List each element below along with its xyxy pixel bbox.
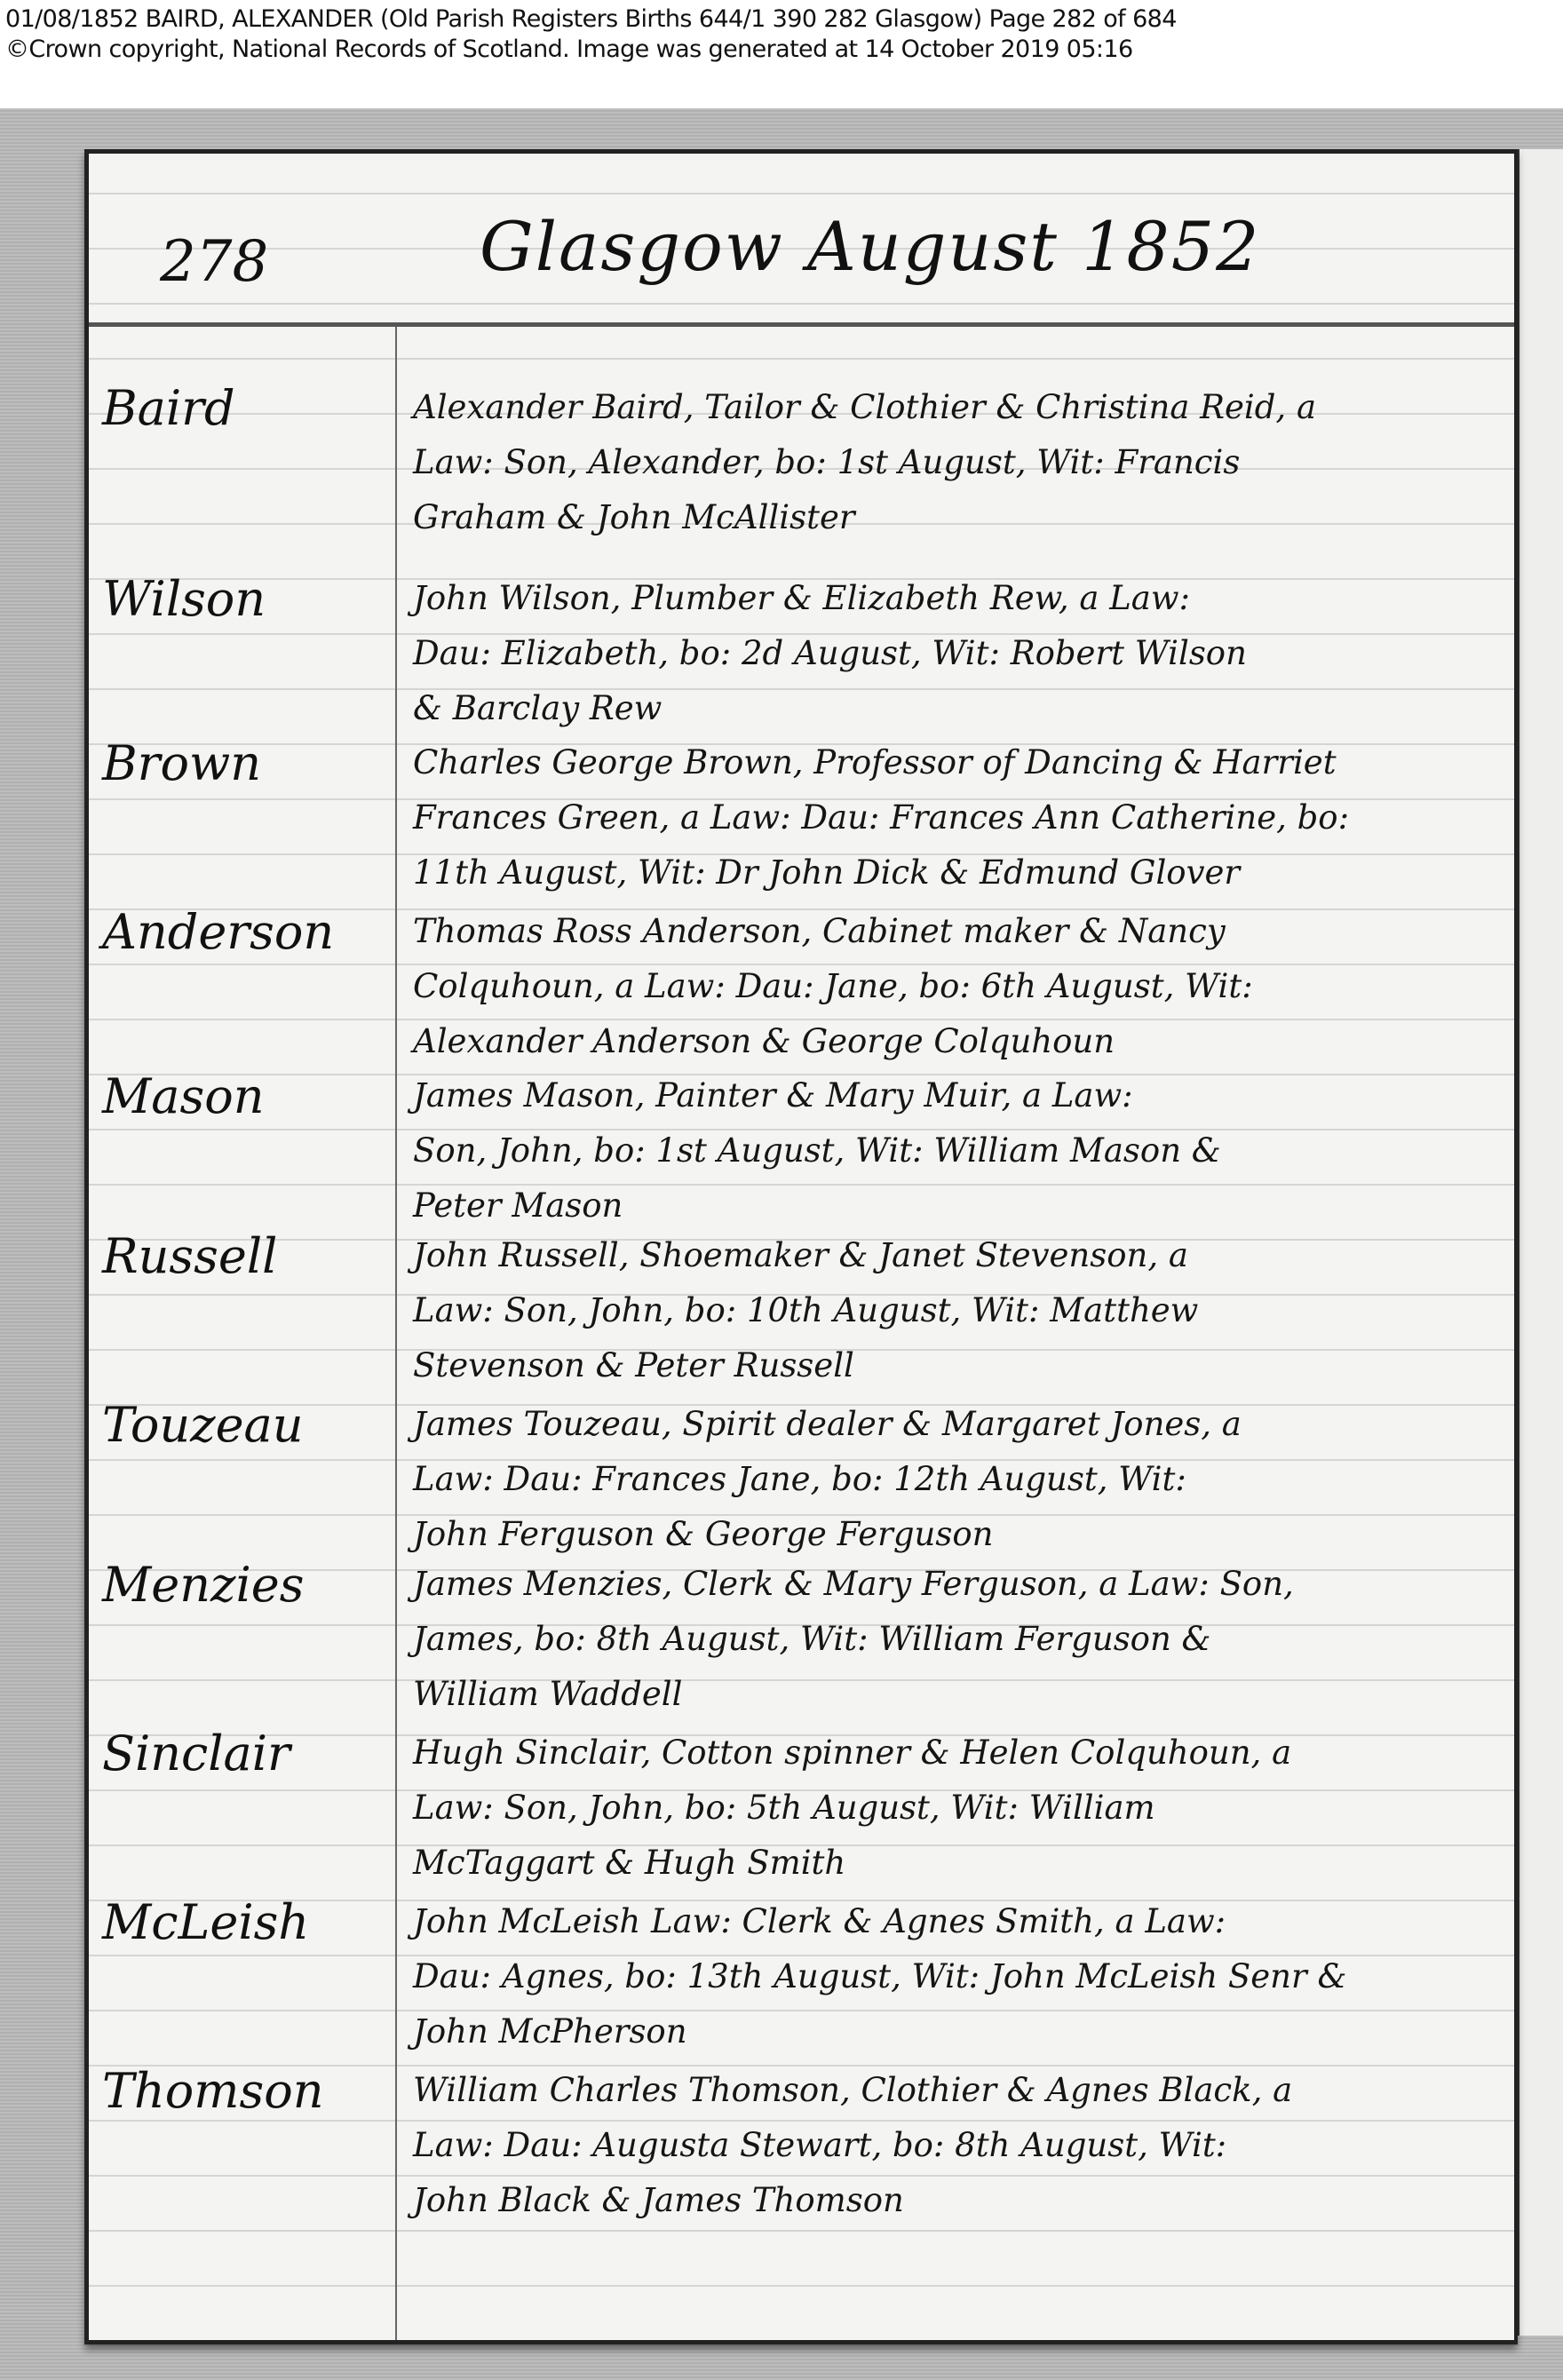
- entry-text: Alexander Baird, Tailor & Clothier & Chr…: [413, 380, 1496, 545]
- entry-text: James Menzies, Clerk & Mary Ferguson, a …: [413, 1557, 1496, 1722]
- entry-line: McTaggart & Hugh Smith: [413, 1836, 1496, 1891]
- entry-line: John Wilson, Plumber & Elizabeth Rew, a …: [413, 571, 1496, 626]
- page-title: Glasgow August 1852: [480, 207, 1261, 286]
- entry-line: Law: Son, John, bo: 5th August, Wit: Wil…: [413, 1781, 1496, 1836]
- entry-text: Thomas Ross Anderson, Cabinet maker & Na…: [413, 904, 1496, 1069]
- entry-line: Law: Dau: Augusta Stewart, bo: 8th Augus…: [413, 2118, 1496, 2173]
- record-caption: 01/08/1852 BAIRD, ALEXANDER (Old Parish …: [5, 5, 1177, 33]
- entry-surname: Menzies: [102, 1557, 386, 1613]
- entry-text: James Touzeau, Spirit dealer & Margaret …: [413, 1397, 1496, 1562]
- entry-text: John Wilson, Plumber & Elizabeth Rew, a …: [413, 571, 1496, 736]
- entry-text: Hugh Sinclair, Cotton spinner & Helen Co…: [413, 1725, 1496, 1891]
- entry-line: James Menzies, Clerk & Mary Ferguson, a …: [413, 1557, 1496, 1612]
- entry-surname: Sinclair: [102, 1725, 386, 1781]
- entry-line: Colquhoun, a Law: Dau: Jane, bo: 6th Aug…: [413, 959, 1496, 1014]
- title-divider: [89, 322, 1514, 327]
- entry-line: James, bo: 8th August, Wit: William Ferg…: [413, 1612, 1496, 1667]
- entry-surname: Russell: [102, 1228, 386, 1284]
- entry-line: John McPherson: [413, 2004, 1496, 2059]
- entry-line: John McLeish Law: Clerk & Agnes Smith, a…: [413, 1894, 1496, 1949]
- entry-line: Dau: Agnes, bo: 13th August, Wit: John M…: [413, 1949, 1496, 2004]
- entry-line: William Charles Thomson, Clothier & Agne…: [413, 2063, 1496, 2118]
- entry-surname: Anderson: [102, 904, 386, 960]
- entry-surname: Thomson: [102, 2063, 386, 2119]
- entry-text: William Charles Thomson, Clothier & Agne…: [413, 2063, 1496, 2228]
- entry-line: John Russell, Shoemaker & Janet Stevenso…: [413, 1228, 1496, 1283]
- entry-text: John Russell, Shoemaker & Janet Stevenso…: [413, 1228, 1496, 1393]
- entry-line: Law: Son, Alexander, bo: 1st August, Wit…: [413, 435, 1496, 490]
- entry-surname: McLeish: [102, 1894, 386, 1950]
- register-page: 278 Glasgow August 1852 BairdAlexander B…: [84, 149, 1518, 2344]
- entry-line: Stevenson & Peter Russell: [413, 1338, 1496, 1393]
- entry-text: Charles George Brown, Professor of Danci…: [413, 735, 1496, 900]
- entry-line: 11th August, Wit: Dr John Dick & Edmund …: [413, 845, 1496, 900]
- entry-line: James Mason, Painter & Mary Muir, a Law:: [413, 1068, 1496, 1123]
- entry-surname: Wilson: [102, 571, 386, 627]
- entry-line: Dau: Elizabeth, bo: 2d August, Wit: Robe…: [413, 626, 1496, 681]
- entry-line: Son, John, bo: 1st August, Wit: William …: [413, 1123, 1496, 1178]
- entry-text: James Mason, Painter & Mary Muir, a Law:…: [413, 1068, 1496, 1234]
- column-divider: [395, 327, 397, 2340]
- page-number: 278: [160, 229, 268, 295]
- entry-surname: Brown: [102, 735, 386, 791]
- adjacent-page-edge: [1517, 149, 1563, 2336]
- entry-line: Charles George Brown, Professor of Danci…: [413, 735, 1496, 790]
- copyright-notice: ©Crown copyright, National Records of Sc…: [5, 36, 1133, 63]
- entry-line: James Touzeau, Spirit dealer & Margaret …: [413, 1397, 1496, 1452]
- entry-line: Frances Green, a Law: Dau: Frances Ann C…: [413, 790, 1496, 845]
- entry-line: Peter Mason: [413, 1178, 1496, 1234]
- entry-line: Alexander Baird, Tailor & Clothier & Chr…: [413, 380, 1496, 435]
- entry-line: Law: Son, John, bo: 10th August, Wit: Ma…: [413, 1283, 1496, 1338]
- entry-line: Alexander Anderson & George Colquhoun: [413, 1014, 1496, 1069]
- entry-line: William Waddell: [413, 1667, 1496, 1722]
- entry-line: John Black & James Thomson: [413, 2173, 1496, 2228]
- entry-line: Thomas Ross Anderson, Cabinet maker & Na…: [413, 904, 1496, 959]
- entry-line: & Barclay Rew: [413, 681, 1496, 736]
- entry-text: John McLeish Law: Clerk & Agnes Smith, a…: [413, 1894, 1496, 2059]
- entry-line: Hugh Sinclair, Cotton spinner & Helen Co…: [413, 1725, 1496, 1781]
- entry-line: Law: Dau: Frances Jane, bo: 12th August,…: [413, 1452, 1496, 1507]
- entry-surname: Mason: [102, 1068, 386, 1124]
- entry-surname: Baird: [102, 380, 386, 436]
- entry-line: Graham & John McAllister: [413, 490, 1496, 545]
- entry-line: John Ferguson & George Ferguson: [413, 1507, 1496, 1562]
- entry-surname: Touzeau: [102, 1397, 386, 1453]
